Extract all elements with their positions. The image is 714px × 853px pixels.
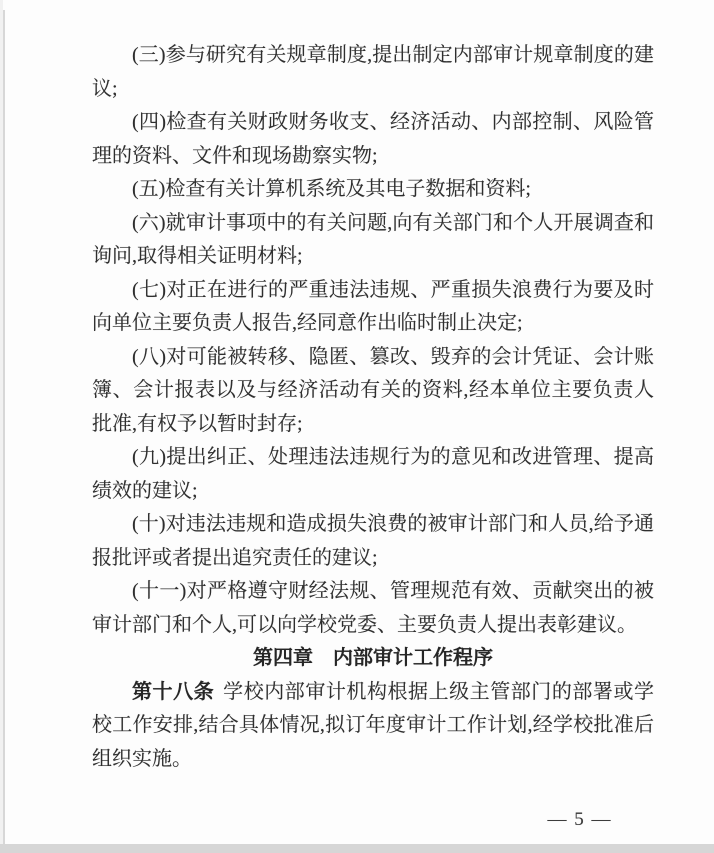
clause-item-11: (十一)对严格遵守财经法规、管理规范有效、贡献突出的被审计部门和个人,可以向学校…: [92, 575, 654, 642]
clause-item-3: (三)参与研究有关规章制度,提出制定内部审计规章制度的建议;: [92, 39, 654, 106]
clause-item-7: (七)对正在进行的严重违法违规、严重损失浪费行为要及时向单位主要负责人报告,经同…: [92, 274, 654, 341]
document-page: (三)参与研究有关规章制度,提出制定内部审计规章制度的建议; (四)检查有关财政…: [0, 0, 714, 853]
clause-item-8: (八)对可能被转移、隐匿、篡改、毁弃的会计凭证、会计账簿、会计报表以及与经济活动…: [92, 341, 654, 442]
clause-item-4: (四)检查有关财政财务收支、经济活动、内部控制、风险管理的资料、文件和现场勘察实…: [92, 106, 654, 173]
page-number: — 5 —: [548, 809, 613, 831]
article-number: 第十八条: [132, 681, 214, 703]
clause-item-5: (五)检查有关计算机系统及其电子数据和资料;: [92, 173, 654, 207]
clause-item-6: (六)就审计事项中的有关问题,向有关部门和个人开展调查和询问,取得相关证明材料;: [92, 207, 654, 274]
clause-item-10: (十)对违法违规和造成损失浪费的被审计部门和人员,给予通报批评或者提出追究责任的…: [92, 508, 654, 575]
document-body: (三)参与研究有关规章制度,提出制定内部审计规章制度的建议; (四)检查有关财政…: [92, 39, 654, 776]
article-paragraph: 第十八条学校内部审计机构根据上级主管部门的部署或学校工作安排,结合具体情况,拟订…: [92, 676, 654, 777]
clause-item-9: (九)提出纠正、处理违法违规行为的意见和改进管理、提高绩效的建议;: [92, 441, 654, 508]
page-left-edge-line: [3, 10, 5, 844]
chapter-heading: 第四章 内部审计工作程序: [92, 642, 654, 676]
scan-bottom-strip: [0, 844, 714, 853]
